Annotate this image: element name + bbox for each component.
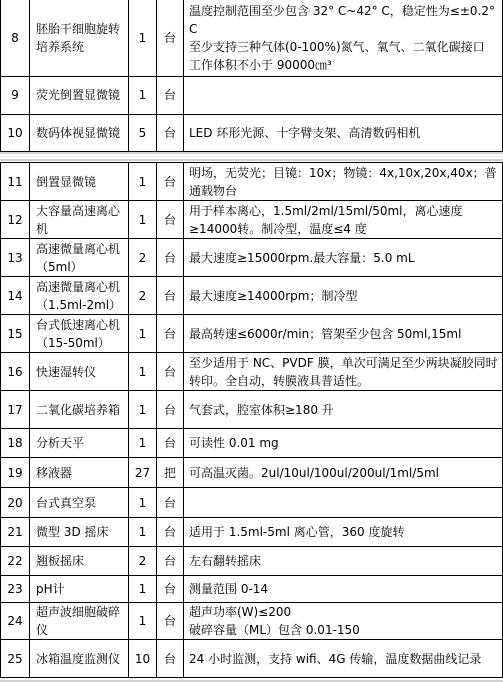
table-row: 23pH计1台测量范围 0-14 [1, 576, 503, 603]
table-row: 24超声波细胞破碎仪1台超声功率(W)≤200 破碎容量（ML）包含 0.01-… [1, 603, 503, 640]
item-unit: 台 [157, 76, 184, 114]
row-number: 22 [1, 547, 30, 576]
item-unit: 台 [157, 547, 184, 576]
item-name: 冰箱温度监测仪 [30, 640, 129, 678]
item-name: 荧光倒置显微镜 [30, 76, 129, 114]
table-row: 18分析天平1台可读性 0.01 mg [1, 429, 503, 458]
table-row: 16快速湿转仪1台至少适用于 NC、PVDF 膜，单次可满足至少两块凝胶同时转印… [1, 353, 503, 391]
item-unit: 把 [157, 458, 184, 488]
table-row: 22翘板摇床2台左右翻转摇床 [1, 547, 503, 576]
item-spec: 可高温灭菌。2ul/10ul/100ul/200ul/1ml/5ml [184, 458, 503, 488]
item-unit: 台 [157, 201, 184, 239]
item-quantity: 1 [129, 0, 157, 76]
item-unit: 台 [157, 114, 184, 151]
item-spec: 用于样本离心，1.5ml/2ml/15ml/50ml，离心速度≥14000转。制… [184, 201, 503, 239]
row-number: 20 [1, 488, 30, 518]
item-name: pH计 [30, 576, 129, 603]
item-name: 高速微量离心机（5ml） [30, 239, 129, 277]
item-spec: 测量范围 0-14 [184, 576, 503, 603]
table-row: 11倒置显微镜1台明场，无荧光；目镜：10x；物镜：4x,10x,20x,40x… [1, 163, 503, 201]
table-row: 17二氧化碳培养箱1台气套式，腔室体积≥180 升 [1, 391, 503, 429]
row-number: 9 [1, 76, 30, 114]
item-unit: 台 [157, 277, 184, 315]
item-quantity: 2 [129, 277, 157, 315]
item-spec [184, 488, 503, 518]
item-quantity: 1 [129, 315, 157, 353]
item-unit: 台 [157, 353, 184, 391]
table-row: 8胚胎干细胞旋转培养系统1台温度控制范围至少包含 32° C~42° C，稳定性… [1, 0, 503, 76]
table-row: 14高速微量离心机（1.5ml-2ml）2台最大速度≥14000rpm；制冷型 [1, 277, 503, 315]
table-row: 15台式低速离心机（15-50ml）1台最高转速≤6000r/min；管架至少包… [1, 315, 503, 353]
item-quantity: 1 [129, 353, 157, 391]
item-spec: 温度控制范围至少包含 32° C~42° C，稳定性为≤±0.2° C 至少支持… [184, 0, 503, 76]
table-row: 20台式真空泵1台 [1, 488, 503, 518]
item-spec: 明场，无荧光；目镜：10x；物镜：4x,10x,20x,40x；普通载物台 [184, 163, 503, 201]
item-spec: 气套式，腔室体积≥180 升 [184, 391, 503, 429]
item-spec: 最大速度≥14000rpm；制冷型 [184, 277, 503, 315]
item-name: 高速微量离心机（1.5ml-2ml） [30, 277, 129, 315]
item-unit: 台 [157, 239, 184, 277]
item-unit: 台 [157, 603, 184, 640]
table-row: 10数码体视显微镜5台LED 环形光源、十字臂支架、高清数码相机 [1, 114, 503, 151]
item-unit: 台 [157, 0, 184, 76]
item-unit: 台 [157, 640, 184, 678]
item-name: 台式低速离心机（15-50ml） [30, 315, 129, 353]
item-name: 翘板摇床 [30, 547, 129, 576]
item-quantity: 1 [129, 391, 157, 429]
item-unit: 台 [157, 429, 184, 458]
item-quantity: 1 [129, 488, 157, 518]
page-break-separator [0, 152, 503, 161]
row-number: 11 [1, 163, 30, 201]
item-name: 二氧化碳培养箱 [30, 391, 129, 429]
row-number: 25 [1, 640, 30, 678]
item-quantity: 5 [129, 114, 157, 151]
row-number: 19 [1, 458, 30, 488]
item-name: 超声波细胞破碎仪 [30, 603, 129, 640]
row-number: 13 [1, 239, 30, 277]
row-number: 23 [1, 576, 30, 603]
item-unit: 台 [157, 163, 184, 201]
row-number: 17 [1, 391, 30, 429]
item-name: 移液器 [30, 458, 129, 488]
row-number: 15 [1, 315, 30, 353]
item-spec: LED 环形光源、十字臂支架、高清数码相机 [184, 114, 503, 151]
item-quantity: 2 [129, 239, 157, 277]
item-spec [184, 76, 503, 114]
table-row: 21微型 3D 摇床1台适用于 1.5ml-5ml 离心管，360 度旋转 [1, 518, 503, 547]
row-number: 14 [1, 277, 30, 315]
item-spec: 可读性 0.01 mg [184, 429, 503, 458]
item-spec: 适用于 1.5ml-5ml 离心管，360 度旋转 [184, 518, 503, 547]
row-number: 16 [1, 353, 30, 391]
item-unit: 台 [157, 518, 184, 547]
table-row: 13高速微量离心机（5ml）2台最大速度≥15000rpm.最大容量：5.0 m… [1, 239, 503, 277]
item-quantity: 1 [129, 518, 157, 547]
item-name: 倒置显微镜 [30, 163, 129, 201]
item-name: 数码体视显微镜 [30, 114, 129, 151]
item-name: 台式真空泵 [30, 488, 129, 518]
table-row: 9荧光倒置显微镜1台 [1, 76, 503, 114]
item-quantity: 2 [129, 547, 157, 576]
table-row: 25冰箱温度监测仪10台24 小时监测，支持 wifi、4G 传输，温度数据曲线… [1, 640, 503, 678]
item-spec: 24 小时监测，支持 wifi、4G 传输，温度数据曲线记录 [184, 640, 503, 678]
item-spec: 最高转速≤6000r/min；管架至少包含 50ml,15ml [184, 315, 503, 353]
item-spec: 左右翻转摇床 [184, 547, 503, 576]
equipment-table-bottom: 11倒置显微镜1台明场，无荧光；目镜：10x；物镜：4x,10x,20x,40x… [0, 162, 503, 678]
item-quantity: 1 [129, 429, 157, 458]
table-row: 19移液器27把可高温灭菌。2ul/10ul/100ul/200ul/1ml/5… [1, 458, 503, 488]
item-quantity: 1 [129, 163, 157, 201]
table-page-top: 8胚胎干细胞旋转培养系统1台温度控制范围至少包含 32° C~42° C，稳定性… [0, 0, 503, 152]
item-unit: 台 [157, 391, 184, 429]
item-unit: 台 [157, 576, 184, 603]
row-number: 18 [1, 429, 30, 458]
item-quantity: 10 [129, 640, 157, 678]
item-quantity: 1 [129, 603, 157, 640]
equipment-table-top: 8胚胎干细胞旋转培养系统1台温度控制范围至少包含 32° C~42° C，稳定性… [0, 0, 503, 152]
item-spec: 至少适用于 NC、PVDF 膜，单次可满足至少两块凝胶同时转印。全自动，转膜液具… [184, 353, 503, 391]
row-number: 24 [1, 603, 30, 640]
table-row: 12大容量高速离心机1台用于样本离心，1.5ml/2ml/15ml/50ml，离… [1, 201, 503, 239]
item-name: 分析天平 [30, 429, 129, 458]
item-spec: 超声功率(W)≤200 破碎容量（ML）包含 0.01-150 [184, 603, 503, 640]
row-number: 21 [1, 518, 30, 547]
item-name: 大容量高速离心机 [30, 201, 129, 239]
item-unit: 台 [157, 488, 184, 518]
item-quantity: 1 [129, 576, 157, 603]
item-name: 胚胎干细胞旋转培养系统 [30, 0, 129, 76]
item-name: 快速湿转仪 [30, 353, 129, 391]
item-unit: 台 [157, 315, 184, 353]
row-number: 12 [1, 201, 30, 239]
row-number: 8 [1, 0, 30, 76]
item-quantity: 27 [129, 458, 157, 488]
item-name: 微型 3D 摇床 [30, 518, 129, 547]
item-quantity: 1 [129, 201, 157, 239]
row-number: 10 [1, 114, 30, 151]
item-spec: 最大速度≥15000rpm.最大容量：5.0 mL [184, 239, 503, 277]
item-quantity: 1 [129, 76, 157, 114]
table-page-bottom: 11倒置显微镜1台明场，无荧光；目镜：10x；物镜：4x,10x,20x,40x… [0, 162, 503, 678]
